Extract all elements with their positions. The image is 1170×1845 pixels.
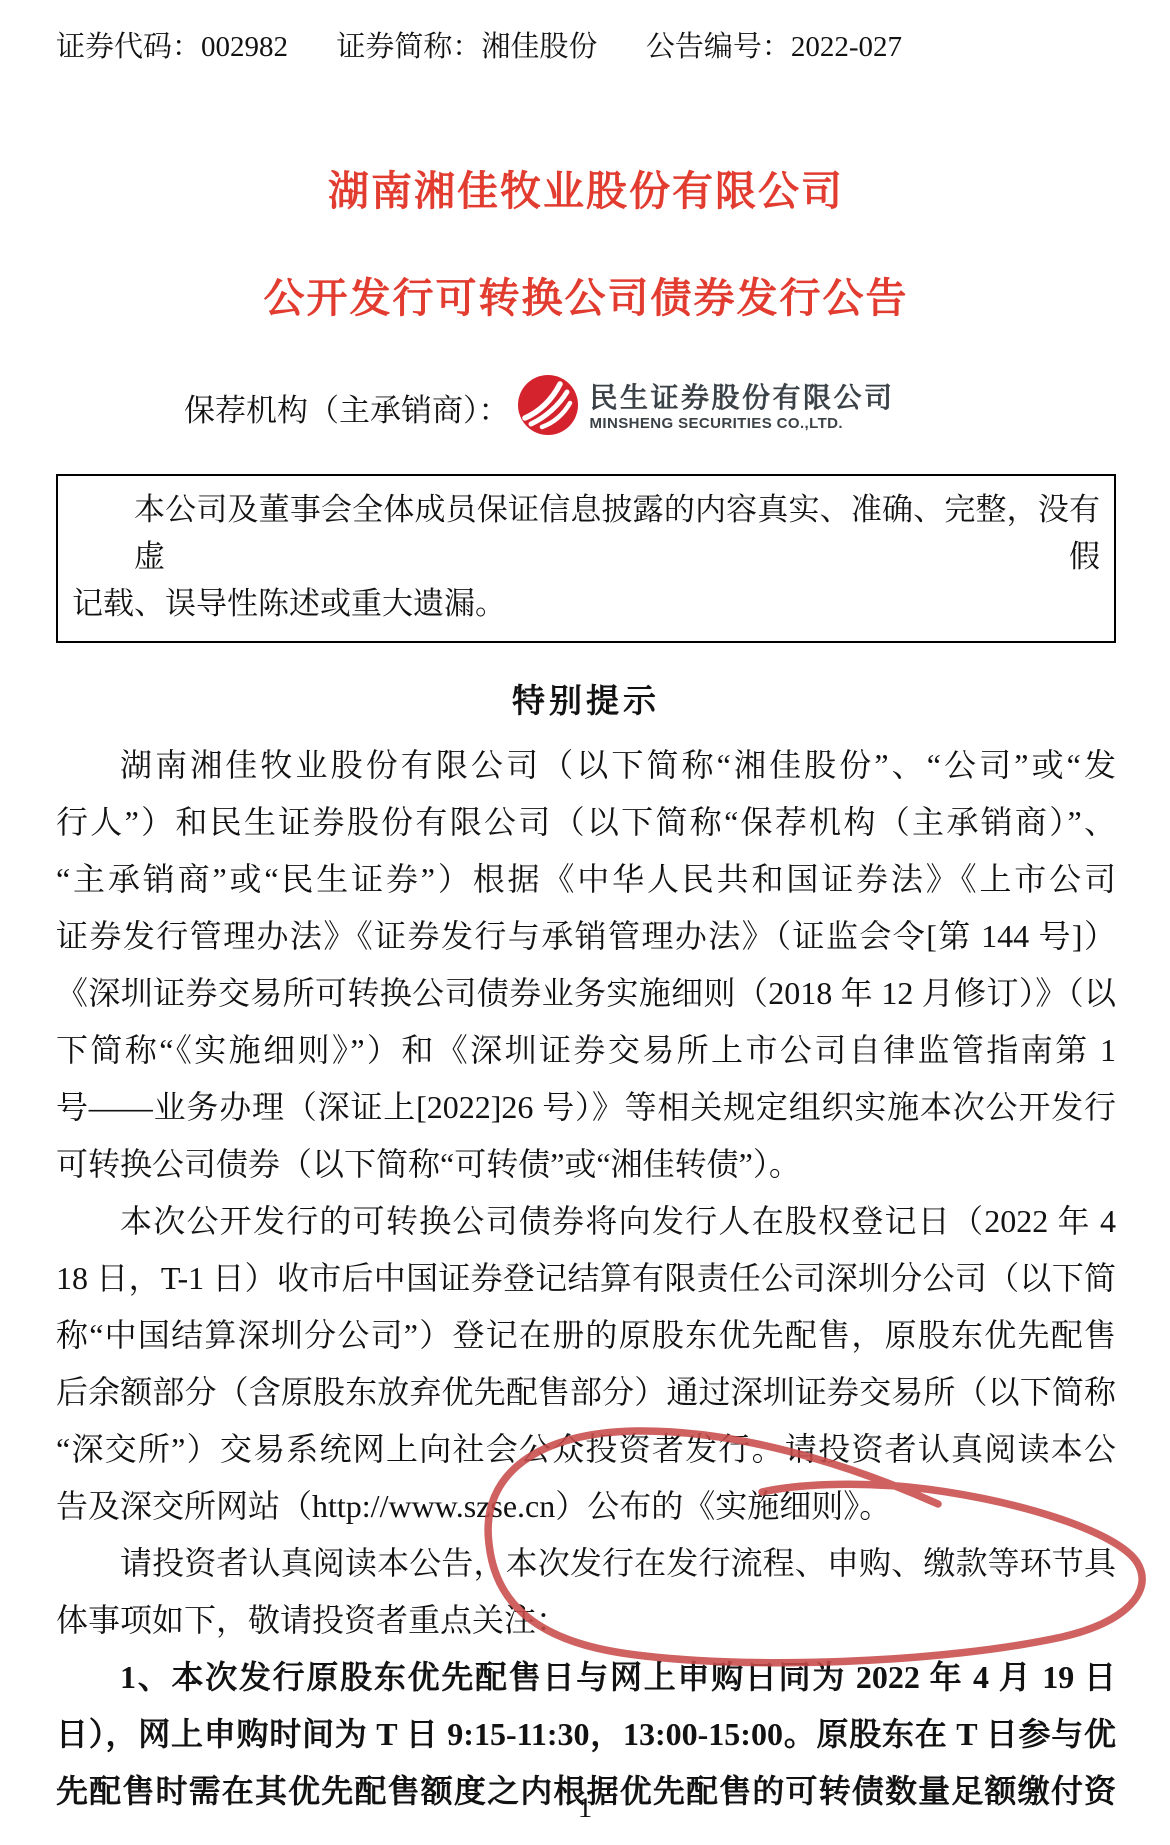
- sponsor-brand: 民生证券股份有限公司 MINSHENG SECURITIES CO.,LTD.: [590, 382, 895, 433]
- body-line: 体事项如下，敬请投资者重点关注：: [56, 1592, 1116, 1649]
- body-line: 1、本次发行原股东优先配售日与网上申购日同为 2022 年 4 月 19 日（T: [56, 1649, 1116, 1706]
- body-line: 号——业务办理（深证上[2022]26 号）》等相关规定组织实施本次公开发行: [56, 1079, 1116, 1136]
- sponsor-label: 保荐机构（主承销商）：: [184, 385, 510, 430]
- sponsor-brand-english: MINSHENG SECURITIES CO.,LTD.: [590, 414, 895, 433]
- body-line: 证券发行管理办法》《证券发行与承销管理办法》（证监会令[第 144 号]）: [56, 908, 1116, 965]
- body-text: 湖南湘佳牧业股份有限公司（以下简称“湘佳股份”、“公司”或“发行人”）和民生证券…: [56, 737, 1116, 1820]
- body-line: “主承销商”或“民生证券”）根据《中华人民共和国证券法》《上市公司: [56, 851, 1116, 908]
- special-notice-heading: 特别提示: [56, 675, 1116, 722]
- body-line: 行人”）和民生证券股份有限公司（以下简称“保荐机构（主承销商）”、: [56, 794, 1116, 851]
- stock-name: 证券简称：湘佳股份: [336, 30, 597, 64]
- body-line: 下简称“《实施细则》”）和《深圳证券交易所上市公司自律监管指南第 1: [56, 1022, 1116, 1079]
- body-line: 日），网上申购时间为 T 日 9:15-11:30，13:00-15:00。原股…: [56, 1706, 1116, 1763]
- sponsor-row: 保荐机构（主承销商）： 民生证券股份有限公司 MINSHENG SECURITI…: [184, 370, 1116, 444]
- body-line: 请投资者认真阅读本公告，本次发行在发行流程、申购、缴款等环节具: [56, 1535, 1116, 1592]
- body-line: 可转换公司债券（以下简称“可转债”或“湘佳转债”）。: [56, 1136, 1116, 1193]
- declaration-line: 记载、误导性陈述或重大遗漏。: [72, 580, 1100, 627]
- body-line: 《深圳证券交易所可转换公司债券业务实施细则（2018 年 12 月修订）》（以: [56, 965, 1116, 1022]
- declaration-line: 本公司及董事会全体成员保证信息披露的内容真实、准确、完整，没有虚假: [72, 486, 1100, 580]
- sponsor-brand-chinese: 民生证券股份有限公司: [590, 382, 895, 414]
- body-line: 称“中国结算深圳分公司”）登记在册的原股东优先配售，原股东优先配售: [56, 1307, 1116, 1364]
- body-line: 后余额部分（含原股东放弃优先配售部分）通过深圳证券交易所（以下简称: [56, 1364, 1116, 1421]
- company-title: 湖南湘佳牧业股份有限公司: [56, 158, 1116, 217]
- document-page: 证券代码：002982 证券简称：湘佳股份 公告编号：2022-027 湖南湘佳…: [0, 0, 1170, 1820]
- stock-code: 证券代码：002982: [56, 30, 288, 64]
- announcement-title: 公开发行可转换公司债券发行公告: [56, 265, 1116, 324]
- page-number: 1: [0, 1792, 1170, 1825]
- notice-number: 公告编号：2022-027: [646, 30, 902, 64]
- document-header: 证券代码：002982 证券简称：湘佳股份 公告编号：2022-027: [56, 30, 902, 64]
- declaration-box: 本公司及董事会全体成员保证信息披露的内容真实、准确、完整，没有虚假记载、误导性陈…: [56, 474, 1116, 643]
- body-line: 告及深交所网站（http://www.szse.cn）公布的《实施细则》。: [56, 1478, 1116, 1535]
- body-line: 湖南湘佳牧业股份有限公司（以下简称“湘佳股份”、“公司”或“发: [56, 737, 1116, 794]
- body-line: 18 日，T-1 日）收市后中国证券登记结算有限责任公司深圳分公司（以下简: [56, 1250, 1116, 1307]
- minsheng-logo-icon: [516, 373, 580, 442]
- body-line: “深交所”）交易系统网上向社会公众投资者发行。请投资者认真阅读本公: [56, 1421, 1116, 1478]
- body-line: 本次公开发行的可转换公司债券将向发行人在股权登记日（2022 年 4 月: [56, 1193, 1116, 1250]
